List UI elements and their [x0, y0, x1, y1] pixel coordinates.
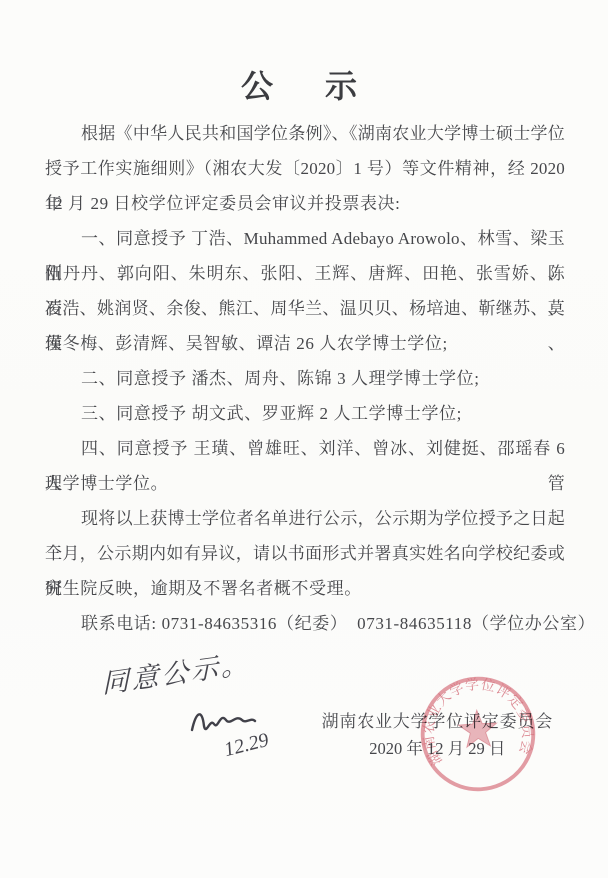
body-line: 一、同意授予 丁浩、Muhammed Adebayo Arowolo、林雪、梁玉… — [45, 221, 565, 256]
page-title: 公 示 — [0, 66, 608, 106]
body-line: 伍丹丹、郭向阳、朱明东、张阳、王辉、唐辉、田艳、张雪娇、陈凌、 — [45, 256, 565, 291]
body-line: 联系电话: 0731-84635316（纪委） 0731-84635118（学位… — [45, 606, 565, 641]
handwritten-approval: 同意公示。 12.29 — [92, 644, 302, 784]
body-line: 石浩、姚润贤、余俊、熊江、周华兰、温贝贝、杨培迪、靳继苏、莫瑾、 — [45, 291, 565, 326]
body-line: 四、同意授予 王璜、曾雄旺、刘洋、曾冰、刘健挺、邵瑶春 6 人管 — [45, 431, 565, 466]
seal-star-icon — [458, 709, 498, 747]
body-line: 个月，公示期内如有异议，请以书面形式并署真实姓名向学校纪委或研 — [45, 536, 565, 571]
body-line: 12 月 29 日校学位评定委员会审议并投票表决: — [45, 186, 565, 221]
official-seal: 湖南农业大学学位评定委员会 — [411, 667, 546, 802]
handwritten-note: 同意公示。 — [101, 641, 251, 701]
body-line: 二、同意授予 潘杰、周舟、陈锦 3 人理学博士学位; — [45, 361, 565, 396]
body-line: 根据《中华人民共和国学位条例》、《湖南农业大学博士硕士学位 — [45, 116, 565, 151]
body-line: 现将以上获博士学位者名单进行公示，公示期为学位授予之日起三 — [45, 501, 565, 536]
body-line: 三、同意授予 胡文武、罗亚辉 2 人工学博士学位; — [45, 396, 565, 431]
notice-body: 根据《中华人民共和国学位条例》、《湖南农业大学博士硕士学位授予工作实施细则》（湘… — [45, 116, 565, 641]
body-line: 究生院反映，逾期及不署名者概不受理。 — [45, 571, 565, 606]
body-line: 授予工作实施细则》（湘农大发〔2020〕1 号）等文件精神，经 2020 年 — [45, 151, 565, 186]
notice-document-page: 公 示 根据《中华人民共和国学位条例》、《湖南农业大学博士硕士学位授予工作实施细… — [0, 0, 608, 878]
